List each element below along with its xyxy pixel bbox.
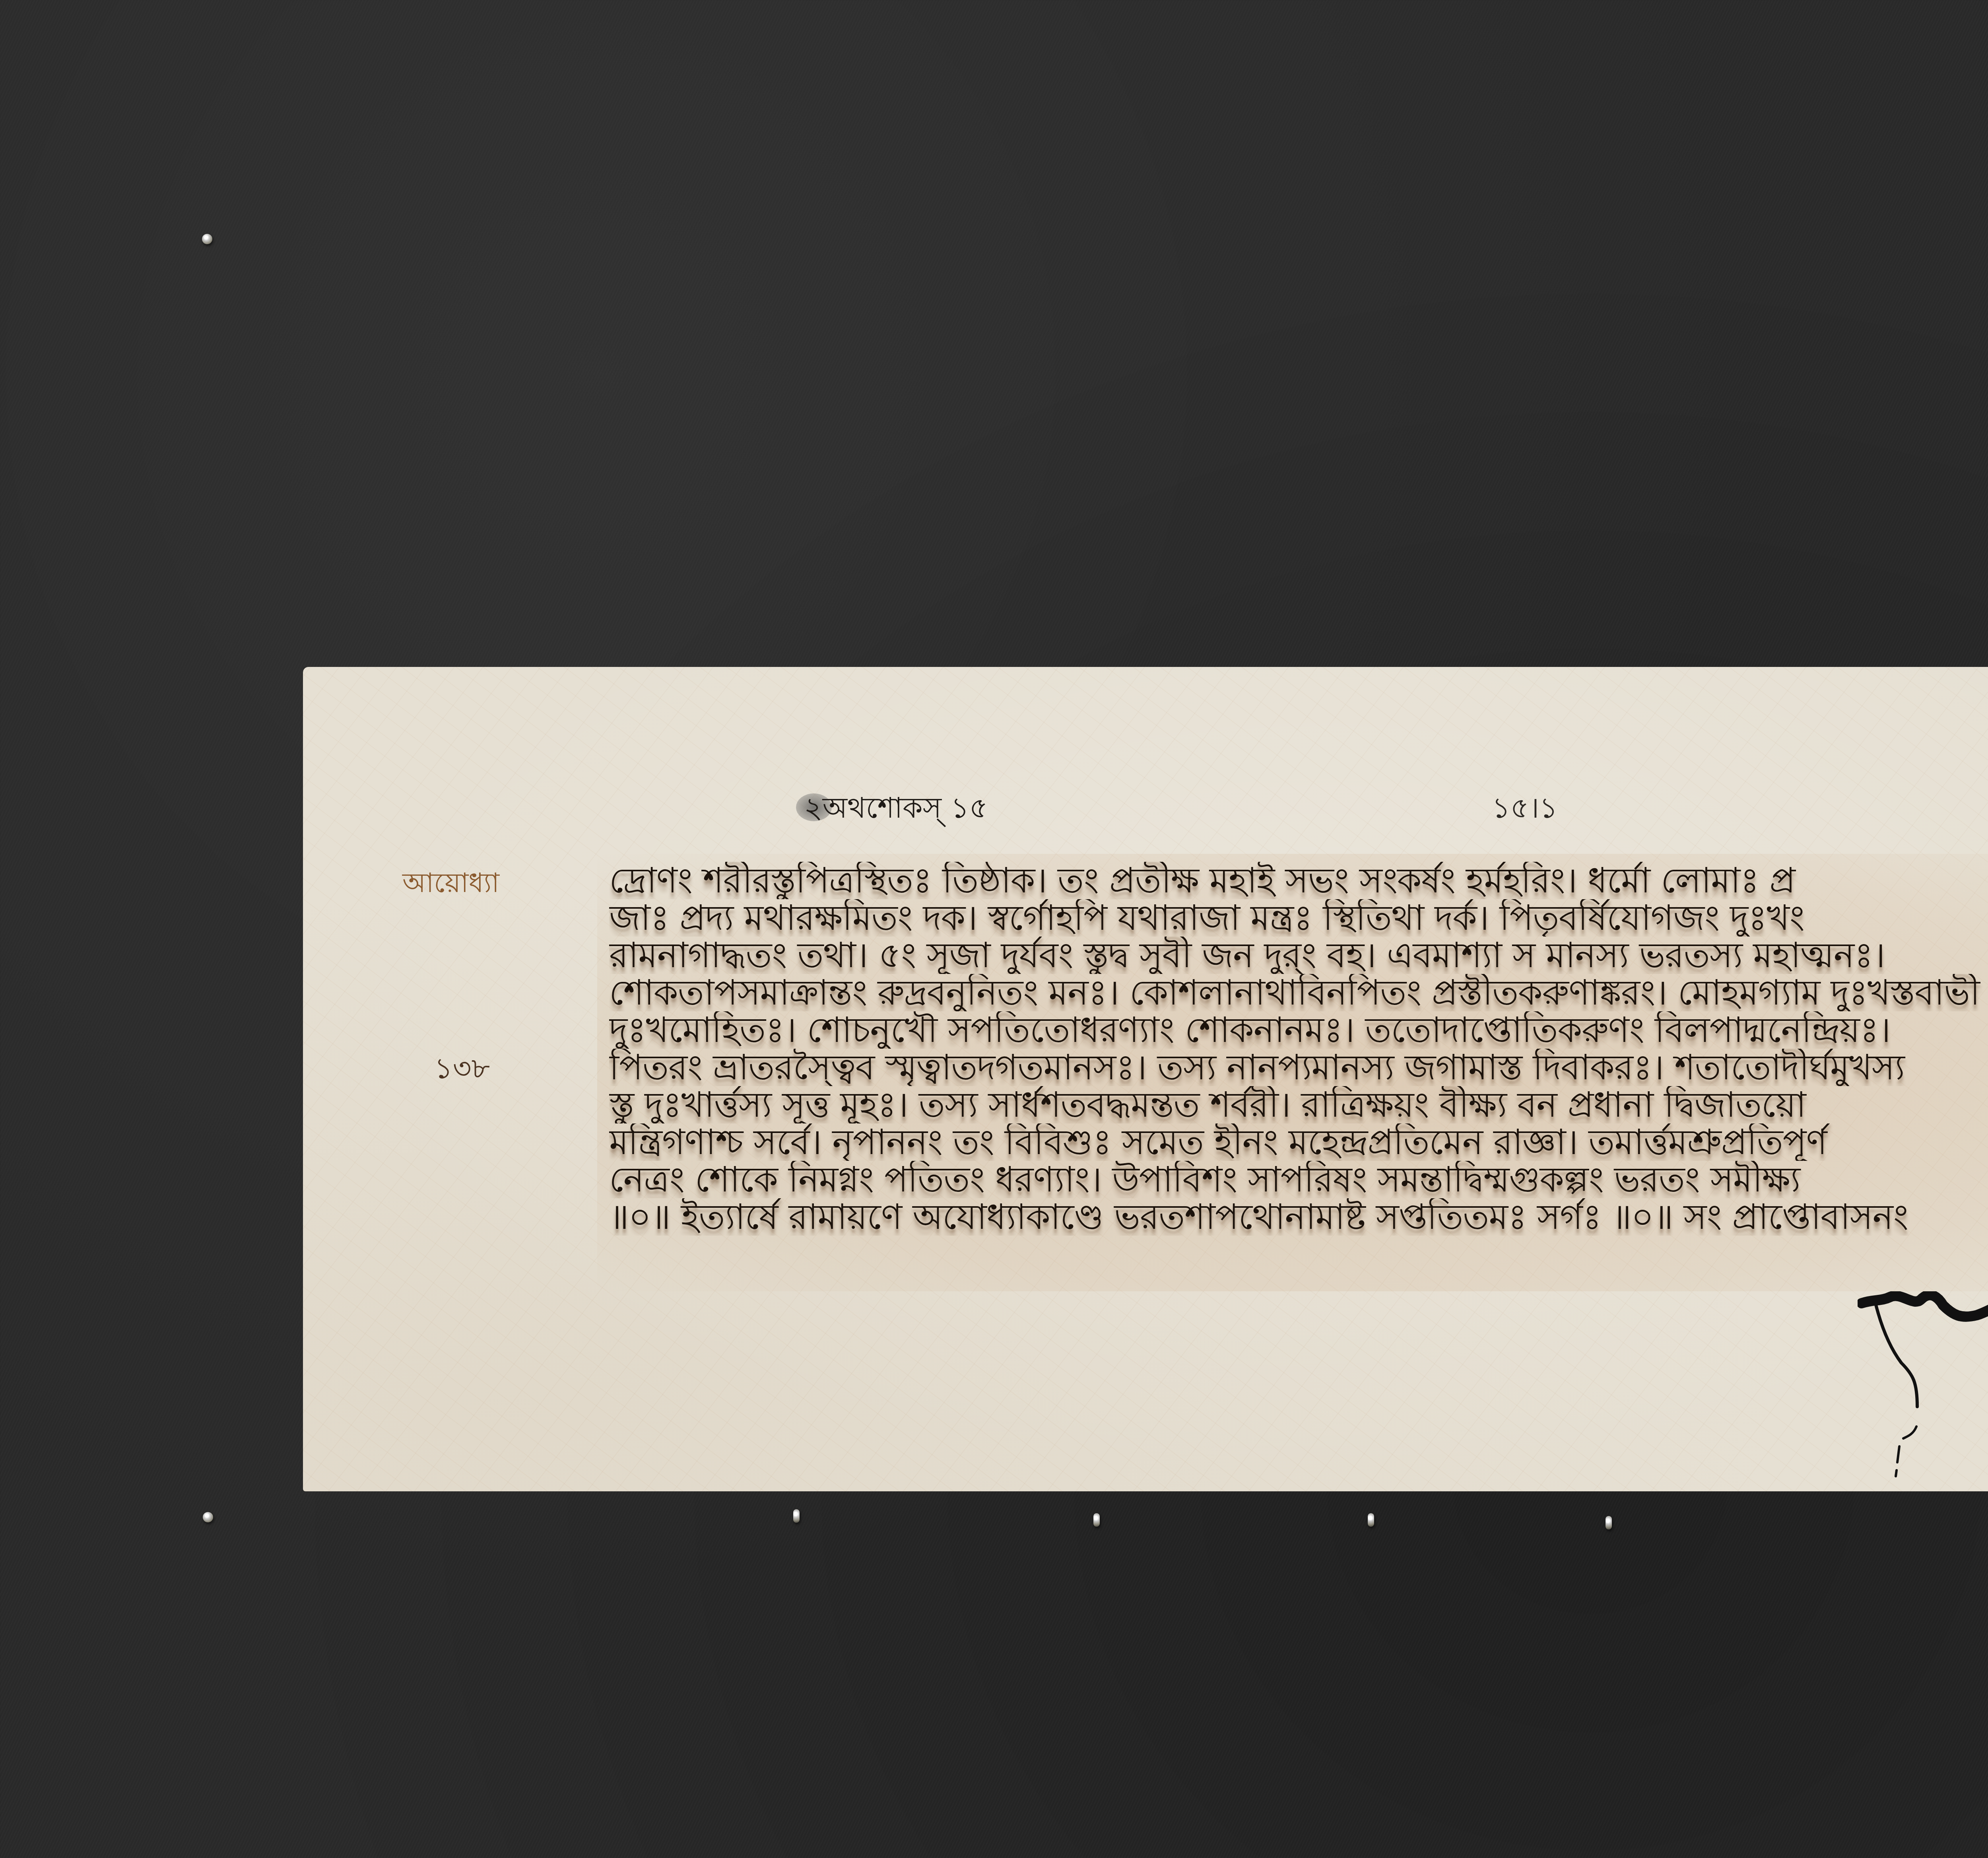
- header-section-number: ১৫।১: [1492, 786, 1558, 834]
- manuscript-text-block: দ্রোণং শরীরস্তুপিত্রস্থিতঃ তিষ্ঠাক। তং প…: [609, 862, 1988, 1236]
- text-line: জাঃ প্রদ্য মথারক্ষমিতং দক। স্বর্গোহপি যথ…: [609, 899, 1988, 937]
- edge-pin-bottom-3: [1368, 1513, 1374, 1527]
- margin-title-note: আয়োধ্যা: [402, 862, 499, 907]
- text-line: ॥০॥ ইত্যার্ষে রামায়ণে অযোধ্যাকাণ্ডে ভরত…: [609, 1198, 1988, 1236]
- edge-pin-bottom-2: [1093, 1513, 1100, 1527]
- header-line: ২অথশোকস্ ১৫: [804, 786, 988, 834]
- text-line: পিতরং ভ্রাতরস্ত্বৈব স্মৃত্বাতদগতমানসঃ। ত…: [609, 1049, 1988, 1086]
- edge-pin-bottom-4: [1606, 1516, 1612, 1530]
- text-line: মন্ত্রিগণাশ্চ সর্বে। নৃপাননং তং বিবিশুঃ …: [609, 1123, 1988, 1161]
- text-line: শোকতাপসমাক্রান্তং রুদ্রবনুনিতং মনঃ। কোশল…: [609, 974, 1988, 1011]
- text-line: স্তু দুঃখার্ত্তস্য সূত্ত মূহঃ। তস্য সার্…: [609, 1086, 1988, 1123]
- mounting-pin-left: [203, 1512, 213, 1522]
- text-line: নেত্রং শোকে নিমগ্নং পতিতং ধরণ্যাং। উপাবি…: [609, 1161, 1988, 1198]
- ink-flourish-mark: [1858, 1291, 1988, 1482]
- manuscript-leaf: ২অথশোকস্ ১৫ ১৫।১ আয়োধ্যা ১৩৮ ২৩৬ দ্রোণং…: [303, 667, 1988, 1491]
- text-line: রামনাগাদ্ধতং তথা। ৫ং সূজা দুর্যবং স্তুদ্…: [609, 937, 1988, 974]
- text-line: দুঃখমোহিতঃ। শোচনুখৌ সপতিতোধরণ্যাং শোকনান…: [609, 1011, 1988, 1049]
- mounting-pin-top-left: [202, 234, 212, 244]
- edge-pin-bottom-1: [793, 1509, 800, 1523]
- folio-number-left: ১৩৮: [434, 1047, 490, 1094]
- text-line: দ্রোণং শরীরস্তুপিত্রস্থিতঃ তিষ্ঠাক। তং প…: [609, 862, 1988, 899]
